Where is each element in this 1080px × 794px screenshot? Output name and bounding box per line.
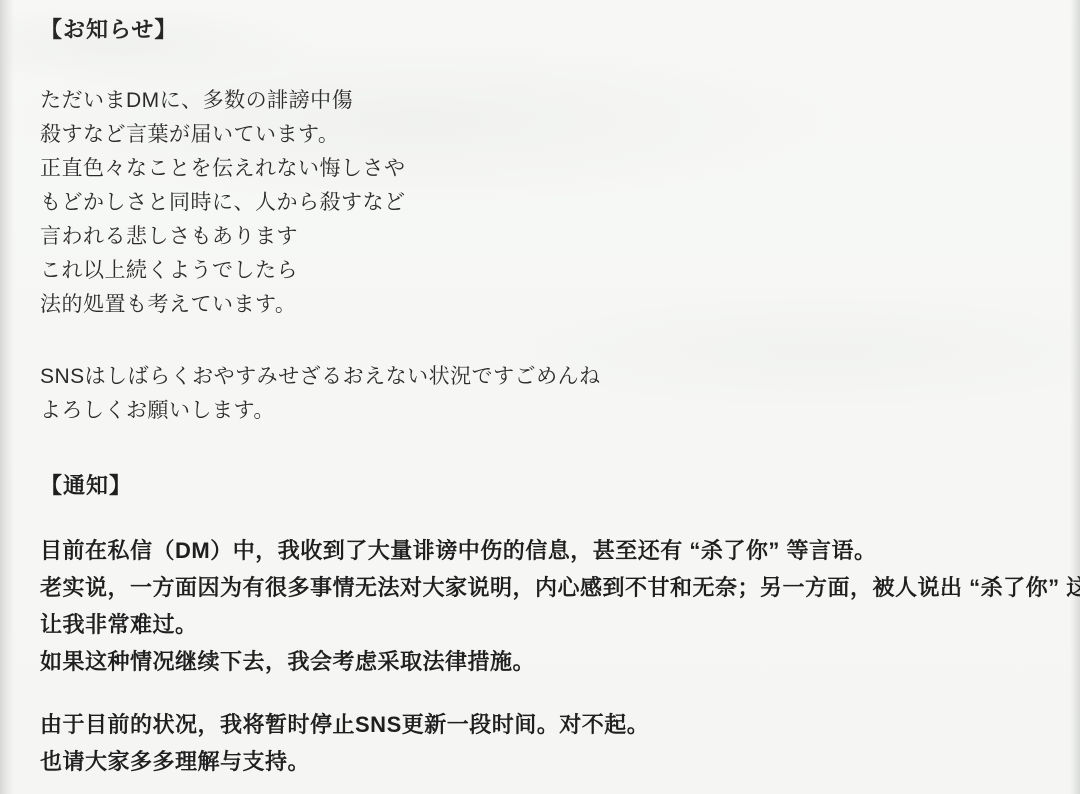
text-line: 也请大家多多理解与支持。 [40, 743, 1062, 780]
text-line: 让我非常难过。 [40, 606, 1062, 643]
text-line: ただいまDMに、多数の誹謗中傷 [40, 84, 1062, 118]
text-line: 目前在私信（DM）中，我收到了大量诽谤中伤的信息，甚至还有 “杀了你” 等言语。 [40, 532, 1062, 569]
chinese-paragraph-sns: 由于目前的状况，我将暂时停止SNS更新一段时间。对不起。 也请大家多多理解与支持… [40, 706, 1062, 780]
text-line: SNSはしばらくおやすみせざるおえない状況ですごめんね [40, 360, 1062, 394]
text-line: 老实说，一方面因为有很多事情无法对大家说明，内心感到不甘和无奈；另一方面，被人说… [40, 569, 1062, 606]
notice-page: 【お知らせ】 ただいまDMに、多数の誹謗中傷 殺すなど言葉が届いています。 正直… [0, 0, 1080, 794]
chinese-paragraph-main: 目前在私信（DM）中，我收到了大量诽谤中伤的信息，甚至还有 “杀了你” 等言语。… [40, 532, 1062, 680]
page-edge-right-shadow [1070, 0, 1080, 794]
text-line: これ以上続くようでしたら [40, 254, 1062, 288]
text-line: 法的処置も考えています。 [40, 288, 1062, 322]
chinese-notice-title: 【通知】 [40, 470, 1062, 502]
text-line: もどかしさと同時に、人から殺すなど [40, 186, 1062, 220]
text-line: 殺すなど言葉が届いています。 [40, 118, 1062, 152]
japanese-paragraph-main: ただいまDMに、多数の誹謗中傷 殺すなど言葉が届いています。 正直色々なことを伝… [40, 84, 1062, 322]
japanese-notice-title: 【お知らせ】 [40, 14, 1062, 46]
text-line: よろしくお願いします。 [40, 394, 1062, 428]
text-line: 由于目前的状况，我将暂时停止SNS更新一段时间。对不起。 [40, 706, 1062, 743]
text-line: 如果这种情况继续下去，我会考虑采取法律措施。 [40, 643, 1062, 680]
page-edge-left-shadow [0, 0, 14, 794]
text-line: 正直色々なことを伝えれない悔しさや [40, 152, 1062, 186]
notice-content: 【お知らせ】 ただいまDMに、多数の誹謗中傷 殺すなど言葉が届いています。 正直… [40, 14, 1062, 780]
text-line: 言われる悲しさもあります [40, 220, 1062, 254]
japanese-paragraph-sns: SNSはしばらくおやすみせざるおえない状況ですごめんね よろしくお願いします。 [40, 360, 1062, 428]
